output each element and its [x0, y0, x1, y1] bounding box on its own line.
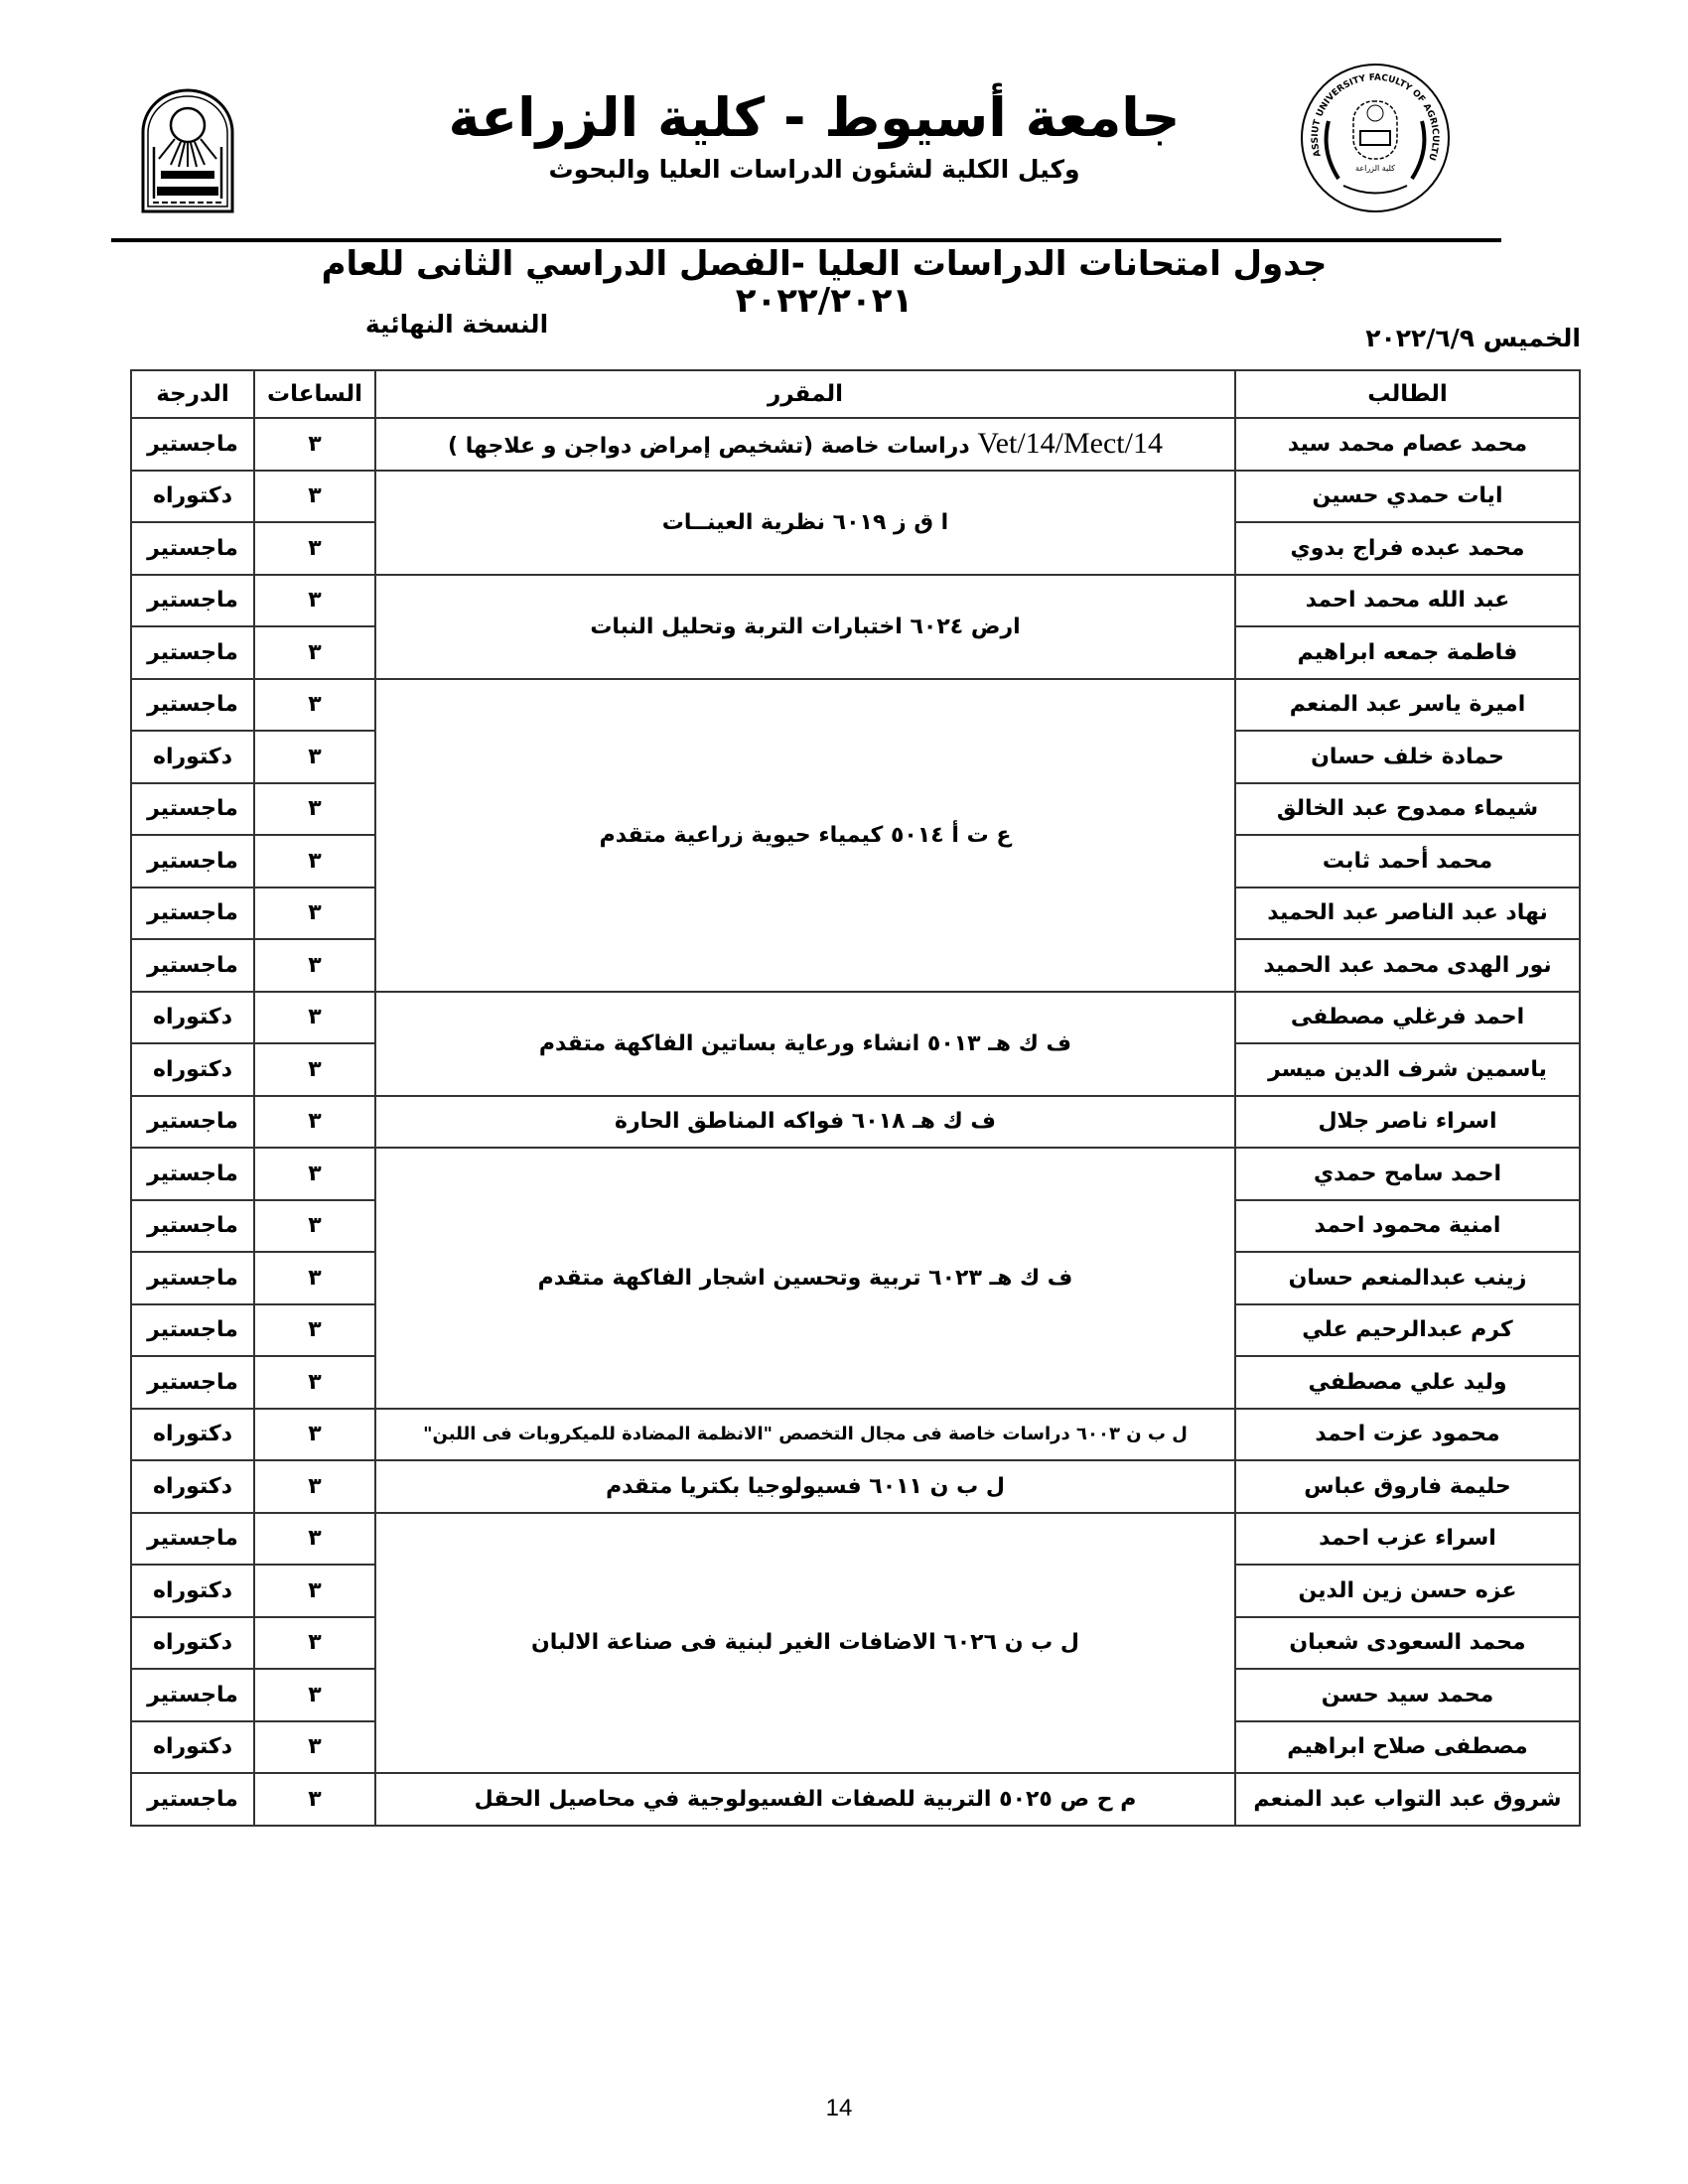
- student-name-cell: ايات حمدي حسين: [1235, 471, 1580, 523]
- course-title: ل ب ن ٦٠١١ فسيولوجيا بكتريا متقدم: [606, 1474, 1005, 1499]
- course-cell: ل ب ن ٦٠٠٣ دراسات خاصة فى مجال التخصص "ا…: [375, 1409, 1235, 1461]
- degree-cell: دكتوراه: [131, 1617, 254, 1670]
- hours-cell: ٣: [254, 992, 375, 1044]
- degree-cell: دكتوراه: [131, 1043, 254, 1096]
- hours-cell: ٣: [254, 1148, 375, 1200]
- course-title: ا ق ز ٦٠١٩ نظرية العينــات: [662, 510, 948, 535]
- student-name-cell: احمد سامح حمدي: [1235, 1148, 1580, 1200]
- sun-emblem-icon: [139, 87, 236, 213]
- student-name-cell: محمد عبده فراج بدوي: [1235, 522, 1580, 575]
- faculty-seal-icon: ASSIUT UNIVERSITY FACULTY OF AGRICULTURE…: [1299, 62, 1452, 214]
- degree-cell: ماجستير: [131, 1773, 254, 1826]
- course-cell: م ح ص ٥٠٢٥ التربية للصفات الفسيولوجية في…: [375, 1773, 1235, 1826]
- student-name-cell: عبد الله محمد احمد: [1235, 575, 1580, 627]
- degree-cell: ماجستير: [131, 783, 254, 836]
- table-row: حليمة فاروق عباسل ب ن ٦٠١١ فسيولوجيا بكت…: [131, 1460, 1580, 1513]
- hours-cell: ٣: [254, 835, 375, 887]
- hours-cell: ٣: [254, 1096, 375, 1149]
- degree-cell: ماجستير: [131, 1200, 254, 1253]
- table-header-row: الطالب المقرر الساعات الدرجة: [131, 370, 1580, 418]
- student-name-cell: وليد علي مصطفي: [1235, 1356, 1580, 1409]
- svg-text:كلية الزراعة: كلية الزراعة: [1355, 164, 1395, 173]
- student-name-cell: زينب عبدالمنعم حسان: [1235, 1252, 1580, 1304]
- degree-cell: ماجستير: [131, 626, 254, 679]
- student-name-cell: محمد سيد حسن: [1235, 1669, 1580, 1721]
- course-cell: ف ك هـ ٦٠٢٣ تربية وتحسين اشجار الفاكهة م…: [375, 1148, 1235, 1409]
- course-title: ف ك هـ ٦٠٢٣ تربية وتحسين اشجار الفاكهة م…: [538, 1266, 1073, 1291]
- degree-cell: ماجستير: [131, 835, 254, 887]
- table-row: اسراء ناصر جلالف ك هـ ٦٠١٨ فواكه المناطق…: [131, 1096, 1580, 1149]
- column-header-degree: الدرجة: [131, 370, 254, 418]
- hours-cell: ٣: [254, 1513, 375, 1566]
- student-name-cell: شروق عبد التواب عبد المنعم: [1235, 1773, 1580, 1826]
- table-body: محمد عصام محمد سيدVet/14/Mect/14 دراسات …: [131, 418, 1580, 1826]
- table-row: ايات حمدي حسينا ق ز ٦٠١٩ نظرية العينــات…: [131, 471, 1580, 523]
- hours-cell: ٣: [254, 1721, 375, 1774]
- student-name-cell: حمادة خلف حسان: [1235, 731, 1580, 783]
- degree-cell: ماجستير: [131, 522, 254, 575]
- faculty-seal-right: ASSIUT UNIVERSITY FACULTY OF AGRICULTURE…: [1299, 62, 1452, 214]
- degree-cell: ماجستير: [131, 1148, 254, 1200]
- hours-cell: ٣: [254, 939, 375, 992]
- table-row: عبد الله محمد احمدارض ٦٠٢٤ اختبارات التر…: [131, 575, 1580, 627]
- hours-cell: ٣: [254, 1304, 375, 1357]
- degree-cell: ماجستير: [131, 1513, 254, 1566]
- student-name-cell: نهاد عبد الناصر عبد الحميد: [1235, 887, 1580, 940]
- student-name-cell: محمود عزت احمد: [1235, 1409, 1580, 1461]
- university-logo-left: [139, 87, 236, 213]
- course-title: ف ك هـ ٥٠١٣ انشاء ورعاية بساتين الفاكهة …: [539, 1031, 1071, 1056]
- header-divider: [111, 238, 1501, 242]
- course-title: ل ب ن ٦٠٠٣ دراسات خاصة فى مجال التخصص "ا…: [423, 1424, 1188, 1444]
- course-cell: Vet/14/Mect/14 دراسات خاصة (تشخيص إمراض …: [375, 418, 1235, 471]
- student-name-cell: ياسمين شرف الدين ميسر: [1235, 1043, 1580, 1096]
- table-row: محمد عصام محمد سيدVet/14/Mect/14 دراسات …: [131, 418, 1580, 471]
- hours-cell: ٣: [254, 626, 375, 679]
- degree-cell: ماجستير: [131, 1252, 254, 1304]
- table-row: شروق عبد التواب عبد المنعمم ح ص ٥٠٢٥ الت…: [131, 1773, 1580, 1826]
- student-name-cell: نور الهدى محمد عبد الحميد: [1235, 939, 1580, 992]
- degree-cell: ماجستير: [131, 1356, 254, 1409]
- course-cell: ل ب ن ٦٠١١ فسيولوجيا بكتريا متقدم: [375, 1460, 1235, 1513]
- student-name-cell: احمد فرغلي مصطفى: [1235, 992, 1580, 1044]
- table-row: محمود عزت احمدل ب ن ٦٠٠٣ دراسات خاصة فى …: [131, 1409, 1580, 1461]
- course-title: ل ب ن ٦٠٢٦ الاضافات الغير لبنية فى صناعة…: [531, 1630, 1079, 1655]
- student-name-cell: فاطمة جمعه ابراهيم: [1235, 626, 1580, 679]
- degree-cell: دكتوراه: [131, 1721, 254, 1774]
- course-cell: ل ب ن ٦٠٢٦ الاضافات الغير لبنية فى صناعة…: [375, 1513, 1235, 1774]
- degree-cell: دكتوراه: [131, 992, 254, 1044]
- degree-cell: دكتوراه: [131, 1460, 254, 1513]
- hours-cell: ٣: [254, 1565, 375, 1617]
- degree-cell: دكتوراه: [131, 471, 254, 523]
- hours-cell: ٣: [254, 731, 375, 783]
- degree-cell: ماجستير: [131, 575, 254, 627]
- course-cell: ا ق ز ٦٠١٩ نظرية العينــات: [375, 471, 1235, 575]
- student-name-cell: حليمة فاروق عباس: [1235, 1460, 1580, 1513]
- table-row: اسراء عزب احمدل ب ن ٦٠٢٦ الاضافات الغير …: [131, 1513, 1580, 1566]
- student-name-cell: كرم عبدالرحيم علي: [1235, 1304, 1580, 1357]
- degree-cell: دكتوراه: [131, 731, 254, 783]
- office-subtitle: وكيل الكلية لشئون الدراسات العليا والبحو…: [457, 157, 1172, 182]
- course-cell: ارض ٦٠٢٤ اختبارات التربة وتحليل النبات: [375, 575, 1235, 679]
- degree-cell: ماجستير: [131, 418, 254, 471]
- course-title: دراسات خاصة (تشخيص إمراض دواجن و علاجها …: [448, 434, 970, 459]
- student-name-cell: اميرة ياسر عبد المنعم: [1235, 679, 1580, 732]
- hours-cell: ٣: [254, 887, 375, 940]
- student-name-cell: امنية محمود احمد: [1235, 1200, 1580, 1253]
- course-cell: ف ك هـ ٥٠١٣ انشاء ورعاية بساتين الفاكهة …: [375, 992, 1235, 1096]
- hours-cell: ٣: [254, 471, 375, 523]
- column-header-student: الطالب: [1235, 370, 1580, 418]
- course-code: Vet/14/Mect/14: [977, 427, 1163, 460]
- student-name-cell: محمد أحمد ثابت: [1235, 835, 1580, 887]
- hours-cell: ٣: [254, 1617, 375, 1670]
- version-label: النسخة النهائية: [328, 310, 586, 339]
- student-name-cell: اسراء عزب احمد: [1235, 1513, 1580, 1566]
- course-title: م ح ص ٥٠٢٥ التربية للصفات الفسيولوجية في…: [475, 1787, 1137, 1812]
- svg-text:ASSIUT UNIVERSITY FACULTY OF A: ASSIUT UNIVERSITY FACULTY OF AGRICULTURE: [1299, 62, 1440, 162]
- hours-cell: ٣: [254, 679, 375, 732]
- hours-cell: ٣: [254, 1460, 375, 1513]
- hours-cell: ٣: [254, 522, 375, 575]
- course-title: ارض ٦٠٢٤ اختبارات التربة وتحليل النبات: [590, 614, 1020, 639]
- table-row: احمد سامح حمديف ك هـ ٦٠٢٣ تربية وتحسين ا…: [131, 1148, 1580, 1200]
- course-cell: ف ك هـ ٦٠١٨ فواكه المناطق الحارة: [375, 1096, 1235, 1149]
- column-header-course: المقرر: [375, 370, 1235, 418]
- degree-cell: ماجستير: [131, 939, 254, 992]
- student-name-cell: مصطفى صلاح ابراهيم: [1235, 1721, 1580, 1774]
- course-title: ف ك هـ ٦٠١٨ فواكه المناطق الحارة: [615, 1109, 996, 1134]
- hours-cell: ٣: [254, 418, 375, 471]
- hours-cell: ٣: [254, 1409, 375, 1461]
- exam-schedule-table: الطالب المقرر الساعات الدرجة محمد عصام م…: [130, 369, 1581, 1827]
- degree-cell: ماجستير: [131, 679, 254, 732]
- hours-cell: ٣: [254, 1252, 375, 1304]
- column-header-hours: الساعات: [254, 370, 375, 418]
- degree-cell: ماجستير: [131, 1304, 254, 1357]
- table-row: احمد فرغلي مصطفىف ك هـ ٥٠١٣ انشاء ورعاية…: [131, 992, 1580, 1044]
- hours-cell: ٣: [254, 1773, 375, 1826]
- page-number: 14: [794, 2095, 884, 2122]
- student-name-cell: شيماء ممدوح عبد الخالق: [1235, 783, 1580, 836]
- degree-cell: دكتوراه: [131, 1409, 254, 1461]
- degree-cell: ماجستير: [131, 1096, 254, 1149]
- table-row: اميرة ياسر عبد المنعمع ت أ ٥٠١٤ كيمياء ح…: [131, 679, 1580, 732]
- hours-cell: ٣: [254, 575, 375, 627]
- course-title: ع ت أ ٥٠١٤ كيمياء حيوية زراعية متقدم: [600, 823, 1012, 848]
- student-name-cell: عزه حسن زين الدين: [1235, 1565, 1580, 1617]
- hours-cell: ٣: [254, 1043, 375, 1096]
- course-cell: ع ت أ ٥٠١٤ كيمياء حيوية زراعية متقدم: [375, 679, 1235, 992]
- hours-cell: ٣: [254, 1200, 375, 1253]
- degree-cell: دكتوراه: [131, 1565, 254, 1617]
- hours-cell: ٣: [254, 1356, 375, 1409]
- degree-cell: ماجستير: [131, 1669, 254, 1721]
- hours-cell: ٣: [254, 783, 375, 836]
- exam-date: الخميس ٢٠٢٢/٦/٩: [1184, 324, 1581, 352]
- student-name-cell: محمد عصام محمد سيد: [1235, 418, 1580, 471]
- student-name-cell: اسراء ناصر جلال: [1235, 1096, 1580, 1149]
- university-title: جامعة أسيوط - كلية الزراعة: [417, 91, 1211, 145]
- hours-cell: ٣: [254, 1669, 375, 1721]
- degree-cell: ماجستير: [131, 887, 254, 940]
- student-name-cell: محمد السعودى شعبان: [1235, 1617, 1580, 1670]
